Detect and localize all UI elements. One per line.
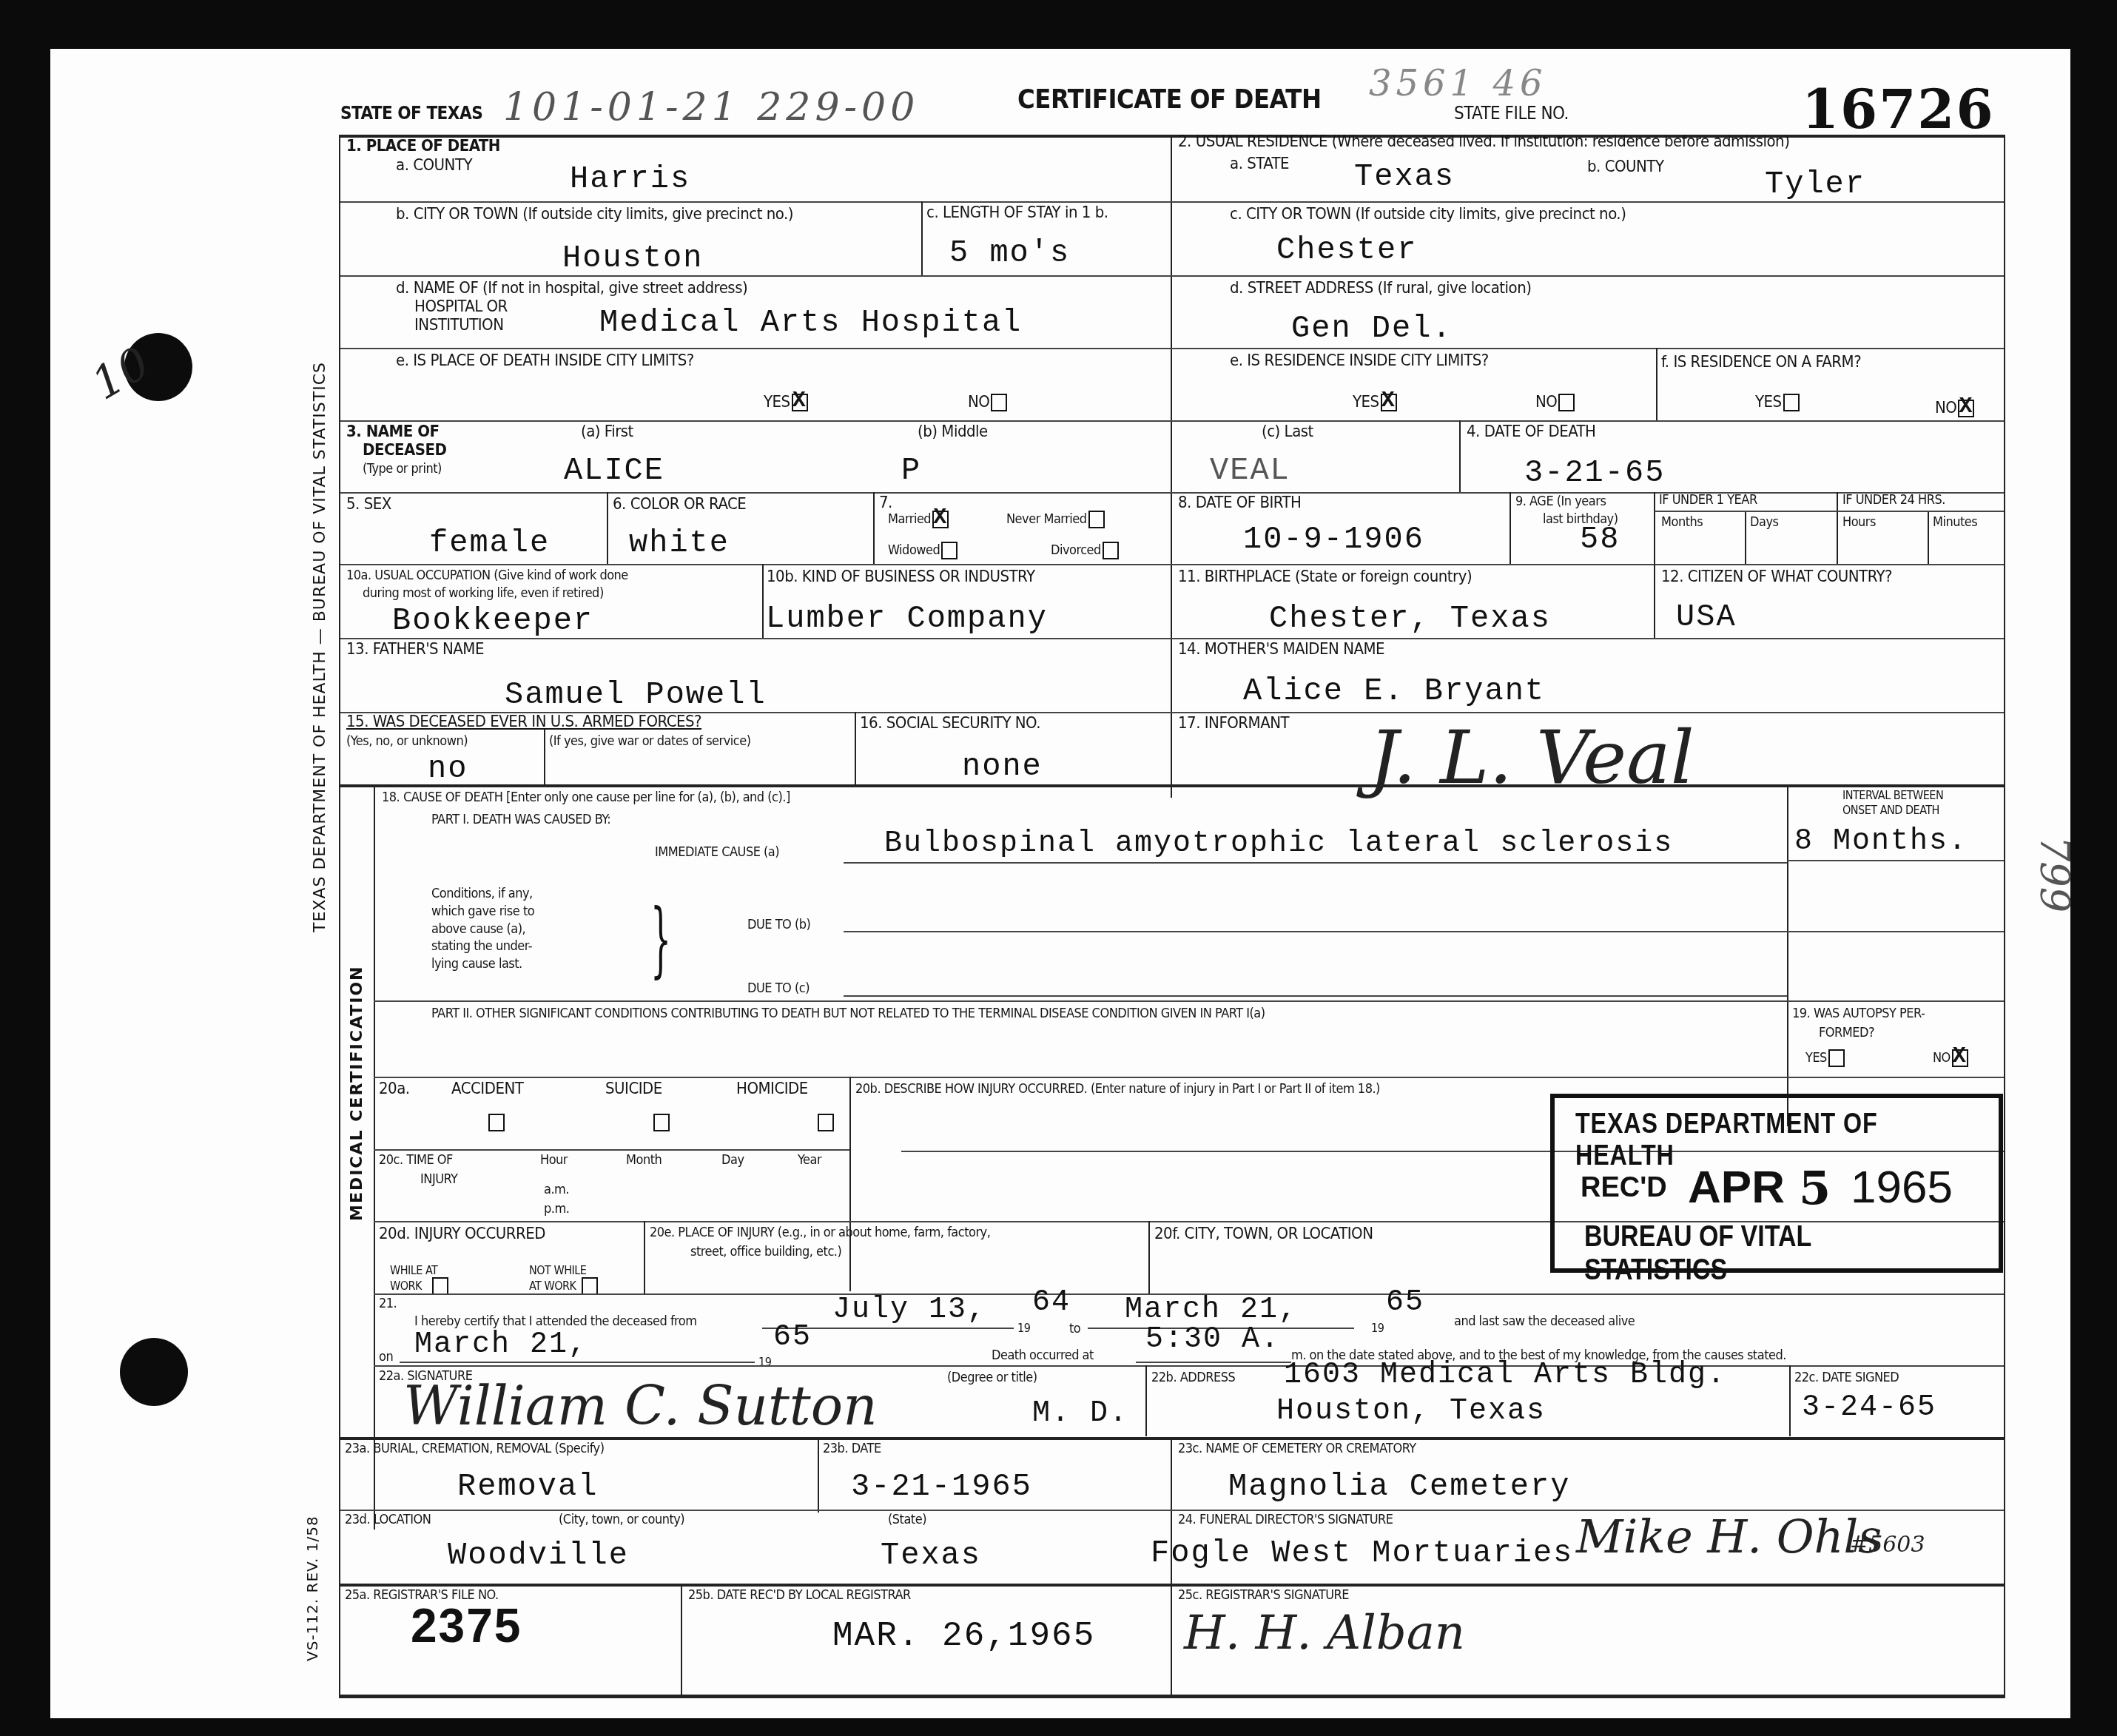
not-while-at-work-label: NOT WHILE <box>529 1263 586 1277</box>
first-name-value: ALICE <box>564 453 664 488</box>
marital-widowed[interactable]: Widowed <box>888 542 957 559</box>
pm-label: p.m. <box>544 1202 569 1217</box>
degree-value: M. D. <box>1032 1397 1128 1430</box>
usual-residence-label: 2. USUAL RESIDENCE (Where deceased lived… <box>1178 133 1789 151</box>
year-label: Year <box>798 1153 821 1168</box>
conditions-line: Conditions, if any, <box>431 886 534 901</box>
date-signed-label: 22c. DATE SIGNED <box>1794 1370 1899 1385</box>
disposition-date-value: 3-21-1965 <box>851 1469 1032 1504</box>
option-label: Divorced <box>1051 542 1101 558</box>
name-label-2: DECEASED <box>363 442 447 460</box>
middle-name-label: (b) Middle <box>918 423 988 441</box>
date-of-death-value: 3-21-65 <box>1524 455 1665 491</box>
hospital-label-3: INSTITUTION <box>414 317 504 334</box>
place-of-death-label: 1. PLACE OF DEATH <box>346 138 500 155</box>
conditions-line: stating the under- <box>431 939 534 954</box>
race-label: 6. COLOR OR RACE <box>613 496 746 514</box>
dob-label: 8. DATE OF BIRTH <box>1178 494 1302 512</box>
length-of-stay-label: c. LENGTH OF STAY in 1 b. <box>926 204 1111 222</box>
no-label: NO <box>1535 393 1557 411</box>
disposition-method-value: Removal <box>457 1469 598 1504</box>
certify-text: I hereby certify that I attended the dec… <box>414 1314 697 1329</box>
place-of-injury-label-2: street, office building, etc.) <box>690 1245 841 1259</box>
attended-from-date: July 13, <box>832 1293 986 1327</box>
last-saw-text: and last saw the deceased alive <box>1454 1314 1635 1329</box>
on-label: on <box>379 1350 393 1365</box>
row-line <box>340 201 2004 203</box>
race-value: white <box>629 525 730 561</box>
mother-value: Alice E. Bryant <box>1243 673 1545 709</box>
interval-a-line <box>1787 860 2004 861</box>
address-label: 22b. ADDRESS <box>1151 1370 1235 1385</box>
to-label: to <box>1069 1322 1080 1336</box>
injury-city-label: 20f. CITY, TOWN, OR LOCATION <box>1154 1225 1373 1243</box>
residence-farm-label: f. IS RESIDENCE ON A FARM? <box>1661 354 1861 371</box>
death-city-value: Houston <box>562 240 703 276</box>
birthplace-value: Chester, Texas <box>1269 601 1551 636</box>
days-label: Days <box>1750 515 1778 530</box>
stamp-day: 5 <box>1799 1161 1831 1215</box>
label-21: 21. <box>379 1296 397 1311</box>
stamp-recd: REC'D <box>1581 1172 1667 1204</box>
cause-of-death-label: 18. CAUSE OF DEATH [Enter only one cause… <box>382 790 790 805</box>
location-state-value: Texas <box>881 1538 981 1573</box>
residence-state-value: Texas <box>1354 159 1455 195</box>
address-line-2: Houston, Texas <box>1276 1395 1546 1428</box>
while-at-work[interactable]: WHILE ATWORK <box>390 1264 448 1295</box>
yes-label: YES <box>1755 393 1782 411</box>
attended-to-year: 65 <box>1386 1286 1424 1319</box>
hospital-value: Medical Arts Hospital <box>599 305 1022 340</box>
citizen-value: USA <box>1676 599 1737 635</box>
last-seen-year: 65 <box>773 1321 812 1354</box>
suicide-label: SUICIDE <box>605 1080 662 1098</box>
cell-divider <box>1928 511 1929 564</box>
under-1-year-label: IF UNDER 1 YEAR <box>1659 493 1757 508</box>
interval-divider <box>1787 786 1788 1126</box>
marital-never-married[interactable]: Never Married <box>1006 511 1105 528</box>
industry-value: Lumber Company <box>766 601 1048 636</box>
row-line-thick <box>340 1584 2004 1587</box>
cell-divider <box>681 1585 682 1695</box>
cell-divider <box>818 1439 819 1513</box>
state-file-label: STATE FILE NO. <box>1454 104 1569 123</box>
first-name-label: (a) First <box>581 423 633 441</box>
cell-divider <box>544 729 545 784</box>
local-registrar-date-value: MAR. 26,1965 <box>832 1617 1095 1655</box>
checkbox[interactable] <box>582 1277 598 1295</box>
not-while-at-work-label: AT WORK <box>529 1278 576 1292</box>
medical-left-border <box>374 786 375 1530</box>
citizen-label: 12. CITIZEN OF WHAT COUNTRY? <box>1661 568 1892 586</box>
marital-label: 7. <box>879 494 892 512</box>
mother-label: 14. MOTHER'S MAIDEN NAME <box>1178 641 1384 659</box>
month-label: Month <box>626 1153 662 1168</box>
name-label-1: 3. NAME OF <box>346 423 440 441</box>
conditions-line: which gave rise to <box>431 904 534 919</box>
no-label: NO <box>1933 1050 1951 1066</box>
yes-label: YES <box>764 393 790 411</box>
option-label: Widowed <box>888 542 940 558</box>
hospital-label-1: d. NAME OF (If not in hospital, give str… <box>396 280 747 297</box>
part2-label: PART II. OTHER SIGNIFICANT CONDITIONS CO… <box>431 1006 1265 1021</box>
homicide-label: HOMICIDE <box>736 1080 808 1098</box>
cell-divider <box>855 712 856 784</box>
row-line <box>340 348 2004 349</box>
immediate-cause-value: Bulbospinal amyotrophic lateral sclerosi… <box>884 827 1673 861</box>
checkbox[interactable] <box>1103 542 1119 559</box>
sex-value: female <box>429 525 550 561</box>
dob-value: 10-9-1906 <box>1243 522 1424 557</box>
disposition-method-label: 23a. BURIAL, CREMATION, REMOVAL (Specify… <box>345 1441 605 1456</box>
address-line-1: 1603 Medical Arts Bldg. <box>1284 1359 1726 1392</box>
name-label-3: (Type or print) <box>363 462 442 477</box>
am-label: a.m. <box>544 1182 569 1197</box>
funeral-director-label: 24. FUNERAL DIRECTOR'S SIGNATURE <box>1178 1513 1393 1527</box>
no-label: NO <box>968 393 989 411</box>
registrar-signature: H. H. Alban <box>1184 1606 1465 1661</box>
while-at-work-label: WHILE AT <box>390 1263 437 1277</box>
row-line <box>340 420 2004 422</box>
length-of-stay-value: 5 mo's <box>949 235 1070 271</box>
last-seen-line <box>400 1362 755 1363</box>
registrar-signature-label: 25c. REGISTRAR'S SIGNATURE <box>1178 1588 1349 1603</box>
handwritten-code-left: 101-01-21 229-00 <box>503 85 919 129</box>
side-label-medical-certification: MEDICAL CERTIFICATION <box>348 965 366 1221</box>
to-year-prefix: 19 <box>1371 1322 1384 1335</box>
father-label: 13. FATHER'S NAME <box>346 641 484 659</box>
cell-divider <box>1654 564 1655 638</box>
cell-divider <box>1145 1365 1147 1436</box>
death-time-value: 5:30 A. <box>1145 1323 1280 1356</box>
injury-occurred-label: 20d. INJURY OCCURRED <box>379 1225 545 1243</box>
registrar-file-value: 2375 <box>411 1598 522 1653</box>
stamp-month: APR <box>1688 1161 1785 1214</box>
cause-c-line <box>844 995 1787 997</box>
local-registrar-date-label: 25b. DATE REC'D BY LOCAL REGISTRAR <box>688 1588 911 1603</box>
row-line <box>1655 511 2004 512</box>
interval-label-1: INTERVAL BETWEEN <box>1842 789 1943 802</box>
occupation-label-1: 10a. USUAL OCCUPATION (Give kind of work… <box>346 568 628 583</box>
minutes-label: Minutes <box>1933 515 1977 530</box>
occupation-label-2: during most of working life, even if ret… <box>363 586 604 601</box>
day-label: Day <box>721 1153 744 1168</box>
residence-inside-city-no[interactable]: NO <box>1535 394 1575 411</box>
checkbox-checked[interactable] <box>1381 394 1397 411</box>
cause-a-line <box>844 862 1787 864</box>
hospital-label-2: HOSPITAL OR <box>414 298 508 316</box>
residence-state-label: a. STATE <box>1230 155 1289 173</box>
death-time-line <box>1136 1362 1291 1363</box>
checkbox[interactable] <box>1558 394 1575 411</box>
death-city-label: b. CITY OR TOWN (If outside city limits,… <box>396 206 793 223</box>
handwritten-code-right: 3561 46 <box>1369 63 1547 104</box>
residence-county-label: b. COUNTY <box>1587 158 1664 176</box>
checkbox[interactable] <box>941 542 957 559</box>
funeral-director-signature: Mike H. Ohls <box>1576 1510 1882 1564</box>
cell-divider <box>873 492 875 564</box>
attended-from-year: 64 <box>1032 1286 1071 1319</box>
armed-yn-label: (Yes, no, or unknown) <box>346 734 468 749</box>
last-name-label: (c) Last <box>1262 423 1313 441</box>
due-to-b-label: DUE TO (b) <box>747 918 810 932</box>
ssn-label: 16. SOCIAL SECURITY NO. <box>860 715 1040 733</box>
checkbox[interactable] <box>1783 394 1800 411</box>
cemetery-value: Magnolia Cemetery <box>1228 1469 1570 1504</box>
hour-label: Hour <box>540 1153 568 1168</box>
state-of-texas-label: STATE OF TEXAS <box>340 104 482 123</box>
armed-service-label: (If yes, give war or dates of service) <box>549 734 751 749</box>
occupation-value: Bookkeeper <box>392 603 593 639</box>
county-label: a. COUNTY <box>396 157 472 175</box>
describe-injury-label: 20b. DESCRIBE HOW INJURY OCCURRED. (Ente… <box>855 1082 1380 1097</box>
form-left-border <box>339 135 340 1696</box>
checkbox-checked[interactable] <box>1952 1049 1968 1067</box>
date-of-death-label: 4. DATE OF DEATH <box>1467 423 1596 441</box>
location-city-value: Woodville <box>448 1538 629 1573</box>
death-occurred-label: Death occurred at <box>992 1348 1094 1363</box>
cemetery-label: 23c. NAME OF CEMETERY OR CREMATORY <box>1178 1441 1416 1456</box>
cell-divider <box>1745 511 1746 564</box>
brace-icon: } <box>650 892 671 986</box>
accident-checkbox[interactable] <box>488 1114 505 1131</box>
accident-label: ACCIDENT <box>451 1080 523 1098</box>
while-at-work-label: WORK <box>390 1278 422 1292</box>
residence-city-label: c. CITY OR TOWN (If outside city limits,… <box>1230 206 1626 223</box>
death-county-value: Harris <box>570 161 690 197</box>
date-signed-value: 3-24-65 <box>1802 1391 1936 1424</box>
option-label: Never Married <box>1006 511 1087 527</box>
sex-label: 5. SEX <box>346 496 391 514</box>
yes-label: YES <box>1805 1050 1827 1066</box>
received-stamp: TEXAS DEPARTMENT OF HEALTH REC'D APR 5 1… <box>1550 1094 2003 1273</box>
middle-name-value: P <box>901 453 921 488</box>
suicide-checkbox[interactable] <box>653 1114 670 1131</box>
marital-divorced[interactable]: Divorced <box>1051 542 1119 559</box>
no-label: NO <box>1935 399 1956 417</box>
residence-street-value: Gen Del. <box>1291 311 1453 346</box>
cell-divider <box>1654 492 1655 564</box>
informant-label: 17. INFORMANT <box>1178 715 1289 733</box>
cell-divider <box>1789 1365 1791 1436</box>
place-of-injury-label-1: 20e. PLACE OF INJURY (e.g., in or about … <box>650 1225 990 1240</box>
state-file-number: 16726 <box>1802 78 1995 141</box>
age-value: 58 <box>1580 522 1620 557</box>
time-of-injury-label-2: INJURY <box>420 1172 458 1187</box>
column-divider <box>1171 135 1172 798</box>
row-line-thick <box>340 784 2004 787</box>
last-seen-date: March 21, <box>414 1328 588 1362</box>
location-city-label: (City, town, or county) <box>559 1513 684 1527</box>
under-24-hrs-label: IF UNDER 24 HRS. <box>1842 493 1945 508</box>
interval-label-2: ONSET AND DEATH <box>1842 804 1939 817</box>
cell-divider <box>762 564 764 638</box>
form-right-border <box>2004 135 2005 1696</box>
checkbox[interactable] <box>991 394 1007 411</box>
cell-divider <box>921 201 923 275</box>
checkbox-checked[interactable] <box>792 394 808 411</box>
margin-mark-right: 799 <box>2031 836 2078 912</box>
option-label: Married <box>888 511 931 527</box>
stamp-line-3: BUREAU OF VITAL STATISTICS <box>1584 1220 1936 1287</box>
side-label-department: TEXAS DEPARTMENT OF HEALTH — BUREAU OF V… <box>311 362 329 932</box>
conditions-line: lying cause last. <box>431 957 534 972</box>
conditions-line: above cause (a), <box>431 922 534 937</box>
residence-farm-yes[interactable]: YES <box>1755 394 1800 411</box>
certificate-paper <box>50 49 2070 1718</box>
physician-signature: William C. Sutton <box>403 1375 878 1437</box>
cell-divider <box>1510 492 1511 564</box>
residence-street-label: d. STREET ADDRESS (If rural, give locati… <box>1230 280 1531 297</box>
death-inside-city-no[interactable]: NO <box>968 394 1007 411</box>
birthplace-label: 11. BIRTHPLACE (State or foreign country… <box>1178 568 1472 586</box>
disposition-date-label: 23b. DATE <box>823 1441 881 1456</box>
autopsy-yes[interactable]: YES <box>1805 1049 1845 1067</box>
marital-married[interactable]: Married <box>888 511 949 528</box>
time-of-injury-label-1: 20c. TIME OF <box>379 1153 453 1168</box>
autopsy-no[interactable]: NO <box>1933 1049 1968 1067</box>
checkbox-checked[interactable] <box>932 511 949 528</box>
industry-label: 10b. KIND OF BUSINESS OR INDUSTRY <box>767 568 1034 586</box>
death-inside-city-label: e. IS PLACE OF DEATH INSIDE CITY LIMITS? <box>396 352 694 370</box>
row-line <box>374 1365 2004 1367</box>
checkbox-checked[interactable] <box>1958 400 1974 417</box>
label-20a: 20a. <box>379 1080 410 1098</box>
yes-label: YES <box>1353 393 1379 411</box>
checkbox[interactable] <box>1088 511 1105 528</box>
degree-label: (Degree or title) <box>947 1370 1037 1385</box>
cell-divider <box>607 492 608 564</box>
funeral-home-value: Fogle West Mortuaries <box>1151 1535 1573 1571</box>
form-number: VS-112. REV. 1/58 <box>303 1515 321 1661</box>
residence-inside-city-label: e. IS RESIDENCE INSIDE CITY LIMITS? <box>1230 352 1489 370</box>
homicide-checkbox[interactable] <box>818 1114 834 1131</box>
document-title: CERTIFICATE OF DEATH <box>1017 85 1322 115</box>
row-line <box>340 564 2004 565</box>
punch-hole-bottom <box>120 1338 188 1406</box>
funeral-license-number: #5603 <box>1850 1532 1925 1558</box>
residence-county-value: Tyler <box>1765 166 1865 202</box>
ssn-value: none <box>962 749 1043 784</box>
armed-forces-label: 15. WAS DECEASED EVER IN U.S. ARMED FORC… <box>346 713 701 731</box>
cell-divider <box>1459 420 1461 492</box>
row-line <box>374 1000 2004 1002</box>
last-name-value: VEAL <box>1210 453 1290 488</box>
autopsy-label-2: FORMED? <box>1819 1026 1874 1040</box>
row-line <box>374 1149 849 1151</box>
father-value: Samuel Powell <box>505 677 767 713</box>
form-bottom-border <box>339 1695 2005 1698</box>
residence-inside-city-yes[interactable]: YES <box>1353 394 1397 411</box>
autopsy-label-1: 19. WAS AUTOPSY PER- <box>1792 1006 1925 1021</box>
residence-farm-no[interactable]: NO <box>1935 400 1974 417</box>
informant-signature: J. L. Veal <box>1369 714 1694 801</box>
conditions-note: Conditions, if any, which gave rise to a… <box>431 886 534 972</box>
checkbox[interactable] <box>1828 1049 1845 1067</box>
checkbox[interactable] <box>432 1277 448 1295</box>
immediate-cause-label: IMMEDIATE CAUSE (a) <box>655 845 779 860</box>
location-state-label: (State) <box>888 1513 926 1527</box>
age-label-1: 9. AGE (In years <box>1515 494 1606 509</box>
not-while-at-work[interactable]: NOT WHILEAT WORK <box>529 1264 598 1295</box>
cell-divider <box>1148 1221 1150 1293</box>
interval-value: 8 Months. <box>1794 825 1968 858</box>
armed-forces-value: no <box>428 751 468 787</box>
residence-city-value: Chester <box>1276 232 1417 268</box>
months-label: Months <box>1661 515 1703 530</box>
cell-divider <box>1656 348 1657 420</box>
stamp-year: 1965 <box>1851 1161 1953 1214</box>
hours-label: Hours <box>1842 515 1876 530</box>
part1-label: PART I. DEATH WAS CAUSED BY: <box>431 813 610 827</box>
from-year-prefix: 19 <box>1017 1322 1030 1335</box>
row-line-thick <box>340 1437 2004 1440</box>
death-inside-city-yes[interactable]: YES <box>764 394 808 411</box>
cell-divider <box>1837 492 1838 564</box>
location-label: 23d. LOCATION <box>345 1513 431 1527</box>
due-to-c-label: DUE TO (c) <box>747 981 810 996</box>
cell-divider <box>644 1221 645 1293</box>
row-line <box>374 1077 2004 1078</box>
cause-b-line <box>844 931 2004 932</box>
attended-to-date: March 21, <box>1125 1293 1298 1327</box>
cell-divider <box>849 1077 851 1291</box>
